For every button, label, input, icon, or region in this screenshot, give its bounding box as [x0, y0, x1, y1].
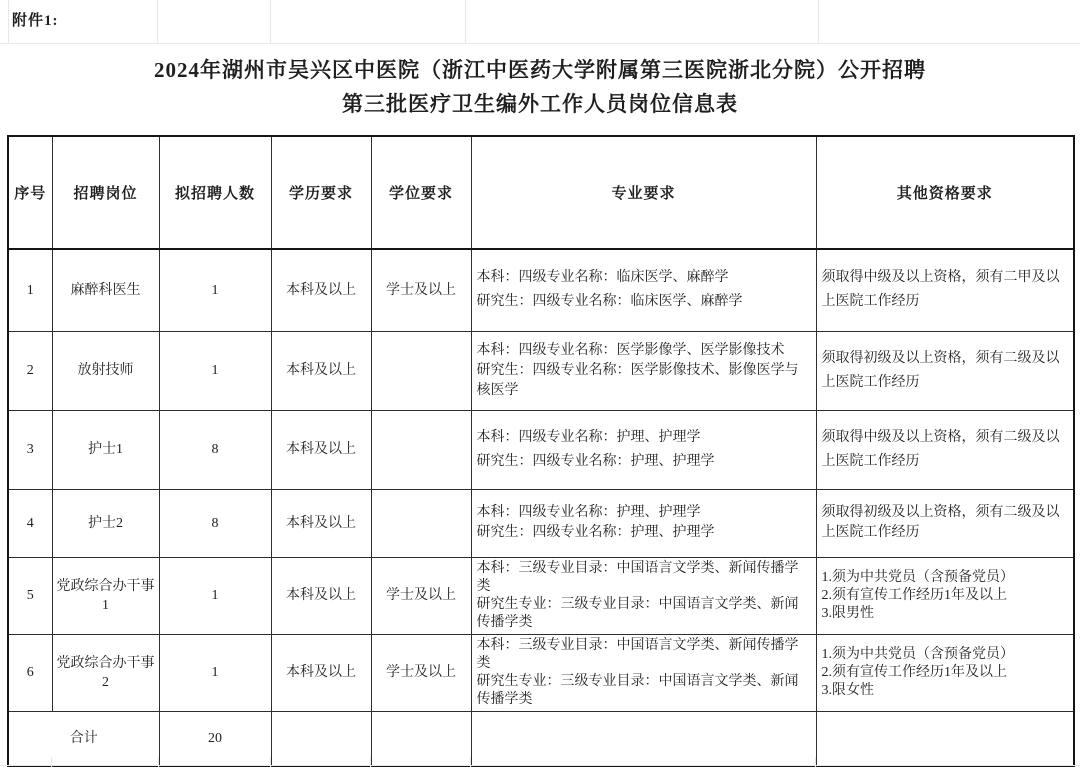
- position-cell: 放射技师: [52, 331, 159, 410]
- degree-cell: [371, 331, 471, 410]
- table-row: 5 党政综合办干事1 1 本科及以上 学士及以上 本科：三级专业目录：中国语言文…: [8, 557, 1074, 634]
- empty-cell: [271, 711, 371, 766]
- faint-gridline-horizontal: [0, 765, 1080, 766]
- faint-gridline-vertical: [270, 0, 271, 43]
- major-cell: 本科：三级专业目录：中国语言文学类、新闻传播学类 研究生专业：三级专业目录：中国…: [471, 557, 816, 634]
- empty-cell: [471, 711, 816, 766]
- header-cell-no: 序号: [8, 136, 52, 249]
- count-cell: 8: [159, 489, 271, 557]
- other-cell: 1.须为中共党员（含预备党员） 2.须有宣传工作经历1年及以上 3.限女性: [816, 634, 1074, 711]
- major-cell: 本科：四级专业名称：护理、护理学 研究生：四级专业名称：护理、护理学: [471, 410, 816, 489]
- table-row: 6 党政综合办干事2 1 本科及以上 学士及以上 本科：三级专业目录：中国语言文…: [8, 634, 1074, 711]
- other-cell: 1.须为中共党员（含预备党员） 2.须有宣传工作经历1年及以上 3.限男性: [816, 557, 1074, 634]
- title-line-1: 2024年湖州市吴兴区中医院（浙江中医药大学附属第三医院浙北分院）公开招聘: [0, 53, 1080, 87]
- job-positions-table: 序号 招聘岗位 拟招聘人数 学历要求 学位要求 专业要求 其他资格要求 1 麻醉…: [7, 135, 1075, 767]
- table-row: 2 放射技师 1 本科及以上 本科：四级专业名称：医学影像学、医学影像技术 研究…: [8, 331, 1074, 410]
- other-cell: 须取得初级及以上资格，须有二级及以上医院工作经历: [816, 489, 1074, 557]
- header-cell-education: 学历要求: [271, 136, 371, 249]
- other-cell: 须取得中级及以上资格，须有二甲及以上医院工作经历: [816, 249, 1074, 331]
- table-row: 4 护士2 8 本科及以上 本科：四级专业名称：护理、护理学 研究生：四级专业名…: [8, 489, 1074, 557]
- header-cell-degree: 学位要求: [371, 136, 471, 249]
- degree-cell: [371, 489, 471, 557]
- document-page: 附件1: 2024年湖州市吴兴区中医院（浙江中医药大学附属第三医院浙北分院）公开…: [0, 0, 1080, 767]
- table-row: 3 护士1 8 本科及以上 本科：四级专业名称：护理、护理学 研究生：四级专业名…: [8, 410, 1074, 489]
- serial-cell: 3: [8, 410, 52, 489]
- degree-cell: 学士及以上: [371, 634, 471, 711]
- total-count-cell: 20: [159, 711, 271, 766]
- total-row: 合计 20: [8, 711, 1074, 766]
- faint-gridline-vertical: [465, 0, 466, 43]
- position-cell: 护士1: [52, 410, 159, 489]
- major-cell: 本科：三级专业目录：中国语言文学类、新闻传播学类 研究生专业：三级专业目录：中国…: [471, 634, 816, 711]
- count-cell: 1: [159, 331, 271, 410]
- empty-cell: [371, 711, 471, 766]
- education-cell: 本科及以上: [271, 410, 371, 489]
- serial-cell: 6: [8, 634, 52, 711]
- total-label-cell: 合计: [8, 711, 159, 766]
- education-cell: 本科及以上: [271, 634, 371, 711]
- other-cell: 须取得初级及以上资格，须有二级及以上医院工作经历: [816, 331, 1074, 410]
- header-cell-count: 拟招聘人数: [159, 136, 271, 249]
- position-cell: 党政综合办干事2: [52, 634, 159, 711]
- attachment-label: 附件1:: [12, 9, 59, 30]
- title-line-2: 第三批医疗卫生编外工作人员岗位信息表: [0, 87, 1080, 121]
- position-cell: 护士2: [52, 489, 159, 557]
- serial-cell: 5: [8, 557, 52, 634]
- serial-cell: 4: [8, 489, 52, 557]
- position-cell: 麻醉科医生: [52, 249, 159, 331]
- count-cell: 8: [159, 410, 271, 489]
- education-cell: 本科及以上: [271, 331, 371, 410]
- education-cell: 本科及以上: [271, 249, 371, 331]
- faint-gridline-vertical: [8, 0, 9, 43]
- empty-cell: [816, 711, 1074, 766]
- header-row: 序号 招聘岗位 拟招聘人数 学历要求 学位要求 专业要求 其他资格要求: [8, 136, 1074, 249]
- table-row: 1 麻醉科医生 1 本科及以上 学士及以上 本科：四级专业名称：临床医学、麻醉学…: [8, 249, 1074, 331]
- major-cell: 本科：四级专业名称：护理、护理学 研究生：四级专业名称：护理、护理学: [471, 489, 816, 557]
- document-title: 2024年湖州市吴兴区中医院（浙江中医药大学附属第三医院浙北分院）公开招聘 第三…: [0, 53, 1080, 121]
- degree-cell: 学士及以上: [371, 249, 471, 331]
- serial-cell: 2: [8, 331, 52, 410]
- degree-cell: [371, 410, 471, 489]
- count-cell: 1: [159, 249, 271, 331]
- major-cell: 本科：四级专业名称：临床医学、麻醉学 研究生：四级专业名称：临床医学、麻醉学: [471, 249, 816, 331]
- header-cell-other: 其他资格要求: [816, 136, 1074, 249]
- faint-gridline-vertical: [818, 0, 819, 43]
- faint-gridline-vertical: [157, 0, 158, 43]
- count-cell: 1: [159, 557, 271, 634]
- major-cell: 本科：四级专业名称：医学影像学、医学影像技术 研究生：四级专业名称：医学影像技术…: [471, 331, 816, 410]
- degree-cell: 学士及以上: [371, 557, 471, 634]
- header-cell-major: 专业要求: [471, 136, 816, 249]
- faint-gridline-horizontal: [0, 43, 1080, 44]
- header-cell-position: 招聘岗位: [52, 136, 159, 249]
- count-cell: 1: [159, 634, 271, 711]
- education-cell: 本科及以上: [271, 557, 371, 634]
- serial-cell: 1: [8, 249, 52, 331]
- education-cell: 本科及以上: [271, 489, 371, 557]
- position-cell: 党政综合办干事1: [52, 557, 159, 634]
- other-cell: 须取得中级及以上资格，须有二级及以上医院工作经历: [816, 410, 1074, 489]
